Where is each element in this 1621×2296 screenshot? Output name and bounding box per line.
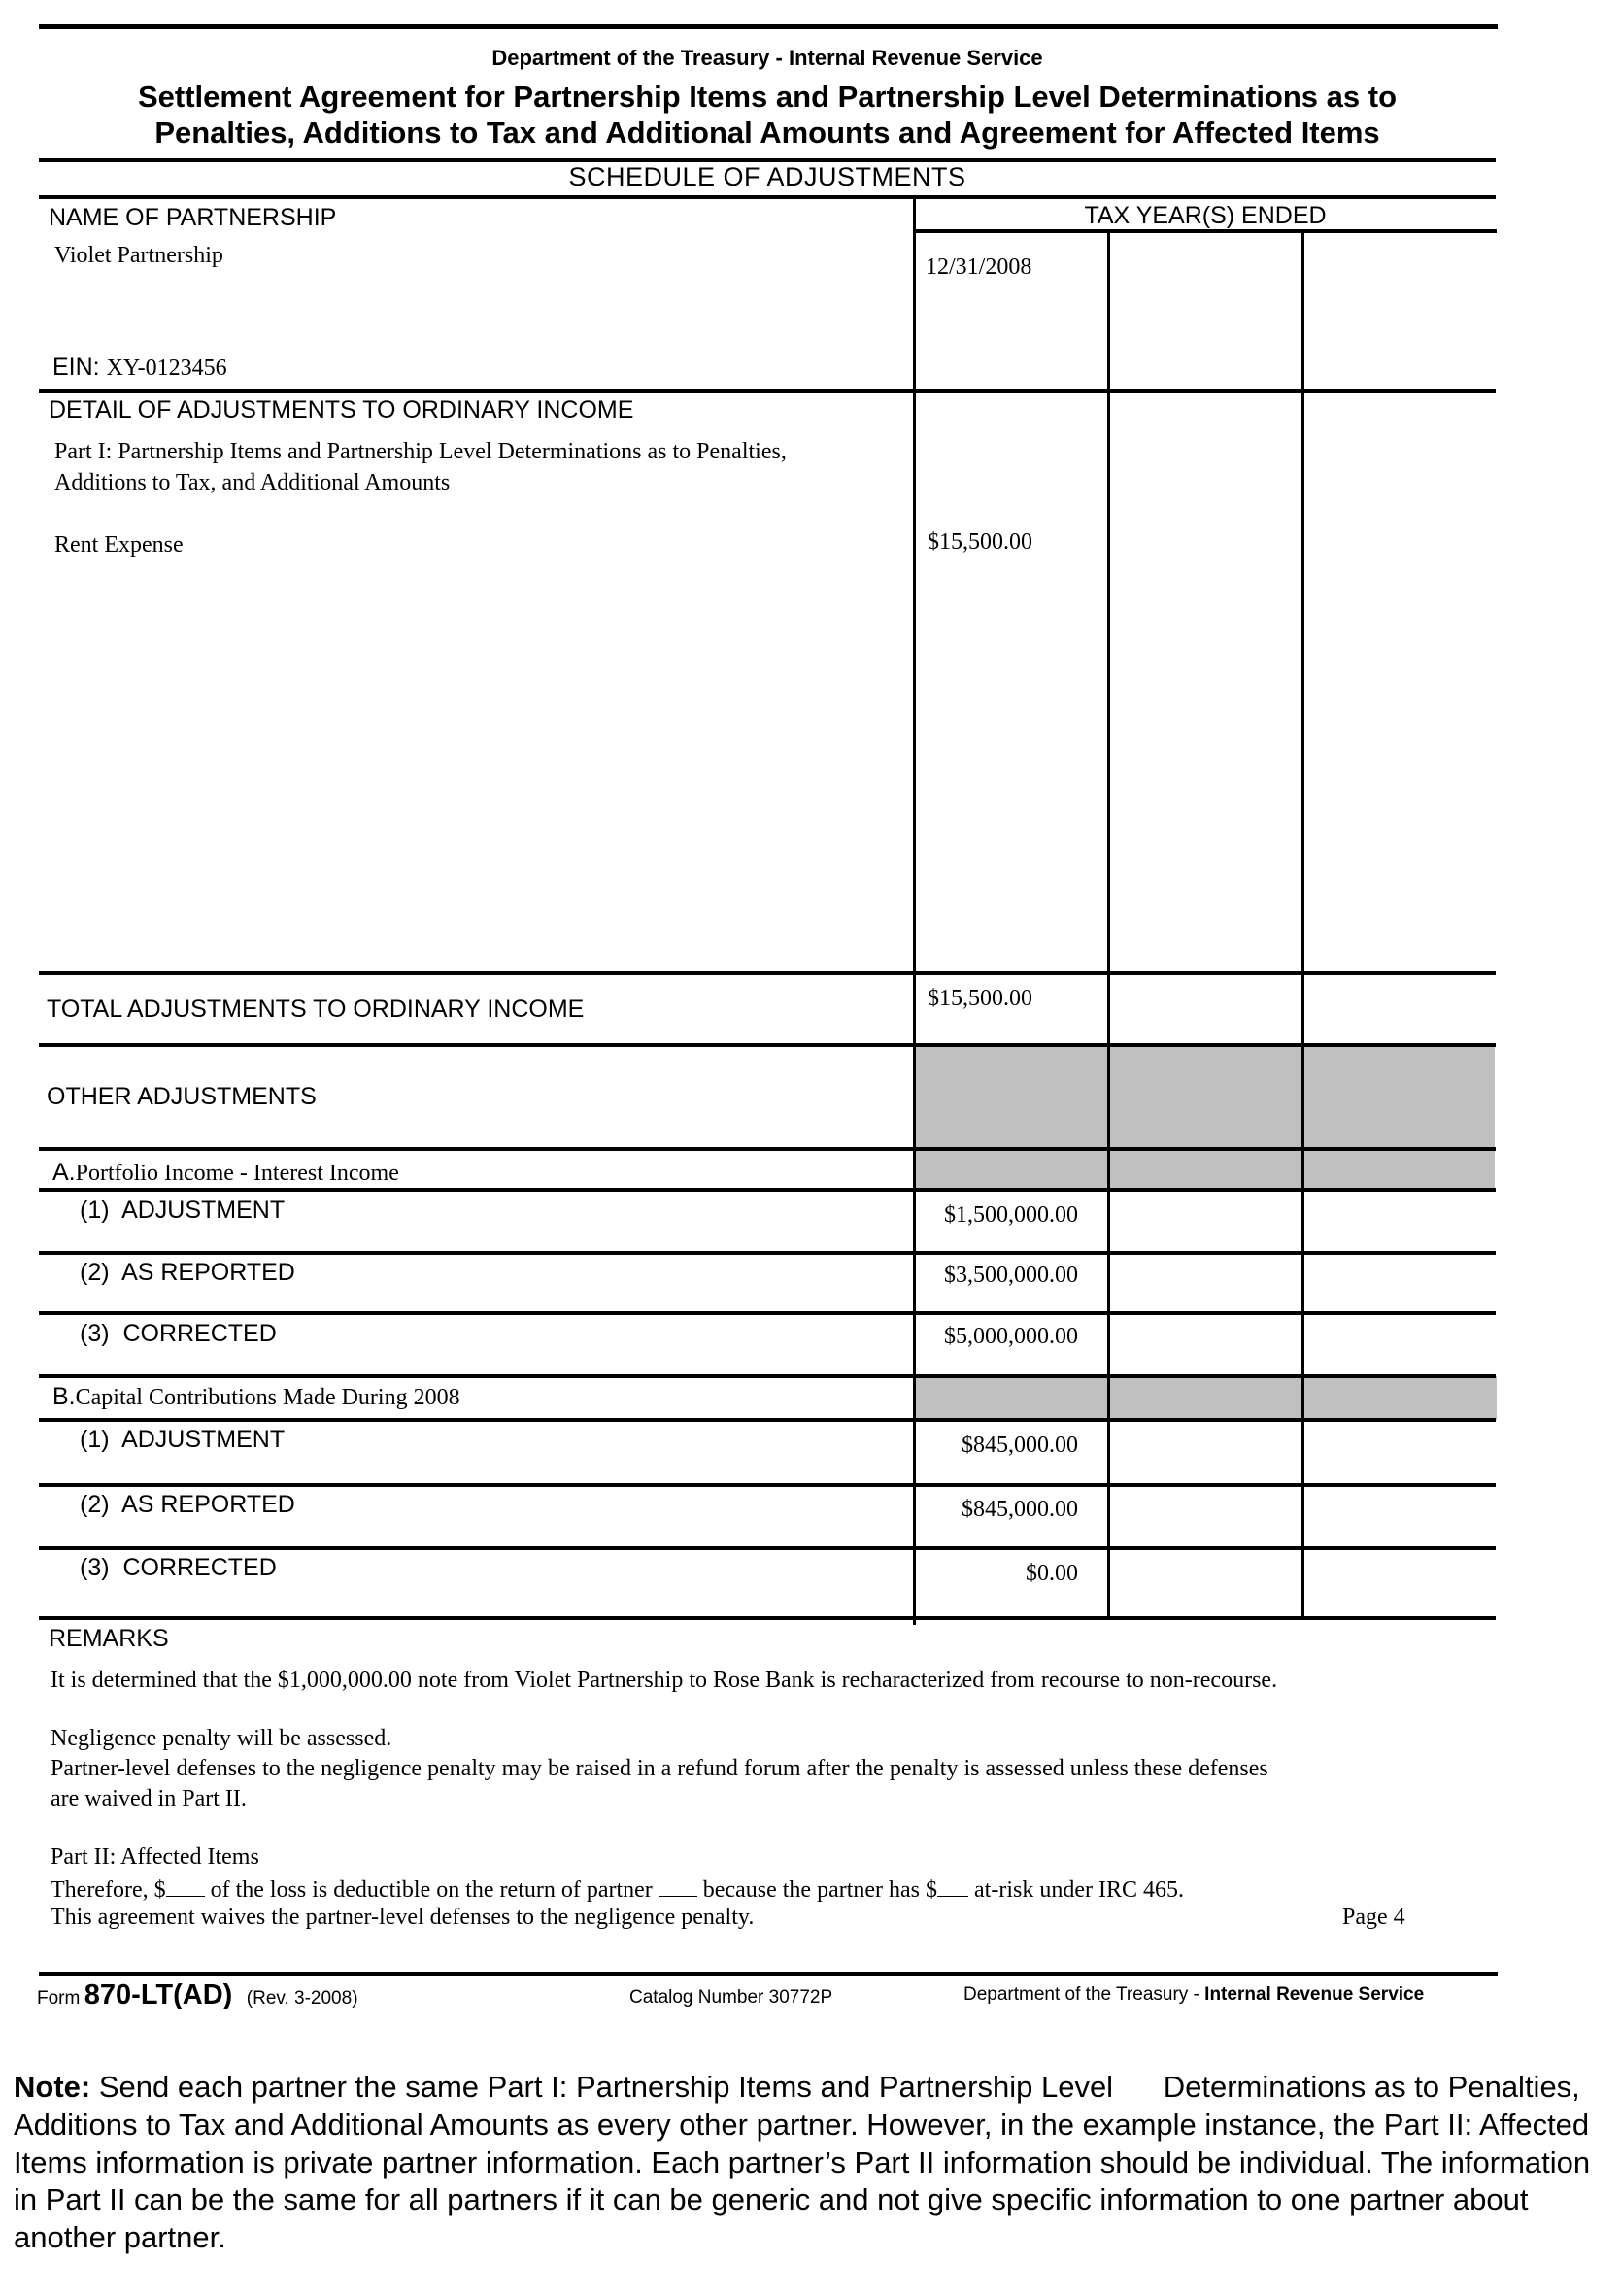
form-revision: (Rev. 3-2008) [247,1988,358,2009]
remarks-line-1: It is determined that the $1,000,000.00 … [51,1668,1277,1694]
remarks-line-3: Partner-level defenses to the negligence… [51,1756,1268,1782]
part2-text-b: of the loss is deductible on the return … [205,1877,659,1903]
section-a-row-3-label: (3) CORRECTED [80,1320,277,1348]
partner-name-blank[interactable] [659,1874,697,1897]
ein-label: EIN: XY-0123456 [52,354,227,382]
tax-years-rule [914,229,1497,233]
section-a-top-rule [39,1147,1496,1151]
section-b-text: Capital Contributions Made During 2008 [76,1385,460,1410]
section-b-row-3-rule [39,1546,1496,1550]
footer-rule [39,1972,1498,1976]
section-a-bottom-rule [39,1188,1496,1192]
section-b-row-1-label: (1) ADJUSTMENT [80,1426,285,1454]
other-adjustments-heading: OTHER ADJUSTMENTS [47,1083,317,1111]
total-adjustments-label: TOTAL ADJUSTMENTS TO ORDINARY INCOME [47,996,584,1024]
section-b-row-3-label: (3) CORRECTED [80,1554,277,1582]
section-b-top-rule [39,1374,1496,1378]
rent-expense-label: Rent Expense [54,532,184,558]
section-a-letter: A. [52,1159,76,1186]
tax-years-label: TAX YEAR(S) ENDED [914,202,1497,230]
at-risk-amount-blank[interactable] [937,1874,968,1897]
table-bottom-rule [39,1616,1496,1620]
section-a-text: Portfolio Income - Interest Income [76,1161,399,1186]
schedule-heading: SCHEDULE OF ADJUSTMENTS [39,162,1496,192]
footer-agency: Department of the Treasury - Internal Re… [963,1984,1424,2006]
remarks-line-2: Negligence penalty will be assessed. [51,1726,391,1752]
schedule-rule [39,195,1496,199]
top-rule [39,24,1498,29]
other-top-rule [39,1043,1496,1047]
section-a-row-3-rule [39,1311,1496,1315]
form-title-line2: Penalties, Additions to Tax and Addition… [39,116,1496,151]
ein-label-text: EIN: [52,354,100,381]
detail-heading: DETAIL OF ADJUSTMENTS TO ORDINARY INCOME [49,396,633,424]
section-b-title: B.Capital Contributions Made During 2008 [52,1383,460,1411]
instruction-note: Note: Send each partner the same Part I:… [14,2069,1616,2257]
name-of-partnership-label: NAME OF PARTNERSHIP [49,204,336,232]
form-prefix: Form [37,1988,80,2009]
column-divider-1 [913,197,916,1625]
part2-text-a: Therefore, $ [51,1877,166,1903]
note-label: Note: [14,2070,90,2104]
form-title-line1: Settlement Agreement for Partnership Ite… [39,80,1496,115]
agency-header: Department of the Treasury - Internal Re… [0,46,1535,71]
remarks-line-4: are waived in Part II. [51,1786,247,1812]
section-b-shading [914,1376,1497,1420]
section-b-row-2-amount: $845,000.00 [913,1497,1078,1523]
section-b-row-2-rule [39,1483,1496,1487]
part2-text-c: because the partner has $ [697,1877,937,1903]
section-a-row-2-amount: $3,500,000.00 [913,1263,1078,1289]
total-adjustments-amount: $15,500.00 [928,986,1032,1012]
part1-line2: Additions to Tax, and Additional Amounts [54,470,450,496]
partnership-name: Violet Partnership [54,243,223,269]
footer-irs: Internal Revenue Service [1204,1984,1424,2005]
section-b-row-1-amount: $845,000.00 [913,1433,1078,1459]
section-b-letter: B. [52,1383,76,1410]
section-a-row-2-label: (2) AS REPORTED [80,1259,295,1287]
catalog-number: Catalog Number 30772P [629,1987,832,2009]
column-divider-3 [1301,231,1304,1618]
section-b-row-3-amount: $0.00 [913,1561,1078,1587]
remarks-heading: REMARKS [49,1625,169,1653]
form-number: 870-LT(AD) [84,1979,233,2010]
section-a-row-3-amount: $5,000,000.00 [913,1324,1078,1350]
part2-text-d: at-risk under IRC 465. [968,1877,1184,1903]
tax-year-1: 12/31/2008 [926,254,1031,281]
section-b-row-2-label: (2) AS REPORTED [80,1491,295,1519]
total-top-rule [39,971,1496,975]
part2-line-2: This agreement waives the partner-level … [51,1905,754,1931]
part2-heading: Part II: Affected Items [51,1844,259,1871]
rent-expense-amount: $15,500.00 [928,529,1032,556]
part1-line1: Part I: Partnership Items and Partnershi… [54,439,787,465]
part2-line-1: Therefore, $ of the loss is deductible o… [51,1874,1184,1904]
column-divider-2 [1107,231,1110,1618]
section-a-title: A.Portfolio Income - Interest Income [52,1159,399,1187]
ein-value: XY-0123456 [107,355,227,381]
deductible-amount-blank[interactable] [166,1874,205,1897]
page-number: Page 4 [1342,1905,1405,1931]
section-a-row-1-amount: $1,500,000.00 [913,1202,1078,1229]
form-id: Form 870-LT(AD) (Rev. 3-2008) [37,1979,358,2011]
section-a-row-2-rule [39,1251,1496,1255]
footer-dept: Department of the Treasury - [963,1984,1204,2005]
other-adjustments-shading [914,1045,1495,1190]
section-a-row-1-label: (1) ADJUSTMENT [80,1197,285,1225]
section-b-bottom-rule [39,1418,1496,1422]
ein-rule [39,389,1496,393]
note-text: Send each partner the same Part I: Partn… [14,2070,1590,2254]
